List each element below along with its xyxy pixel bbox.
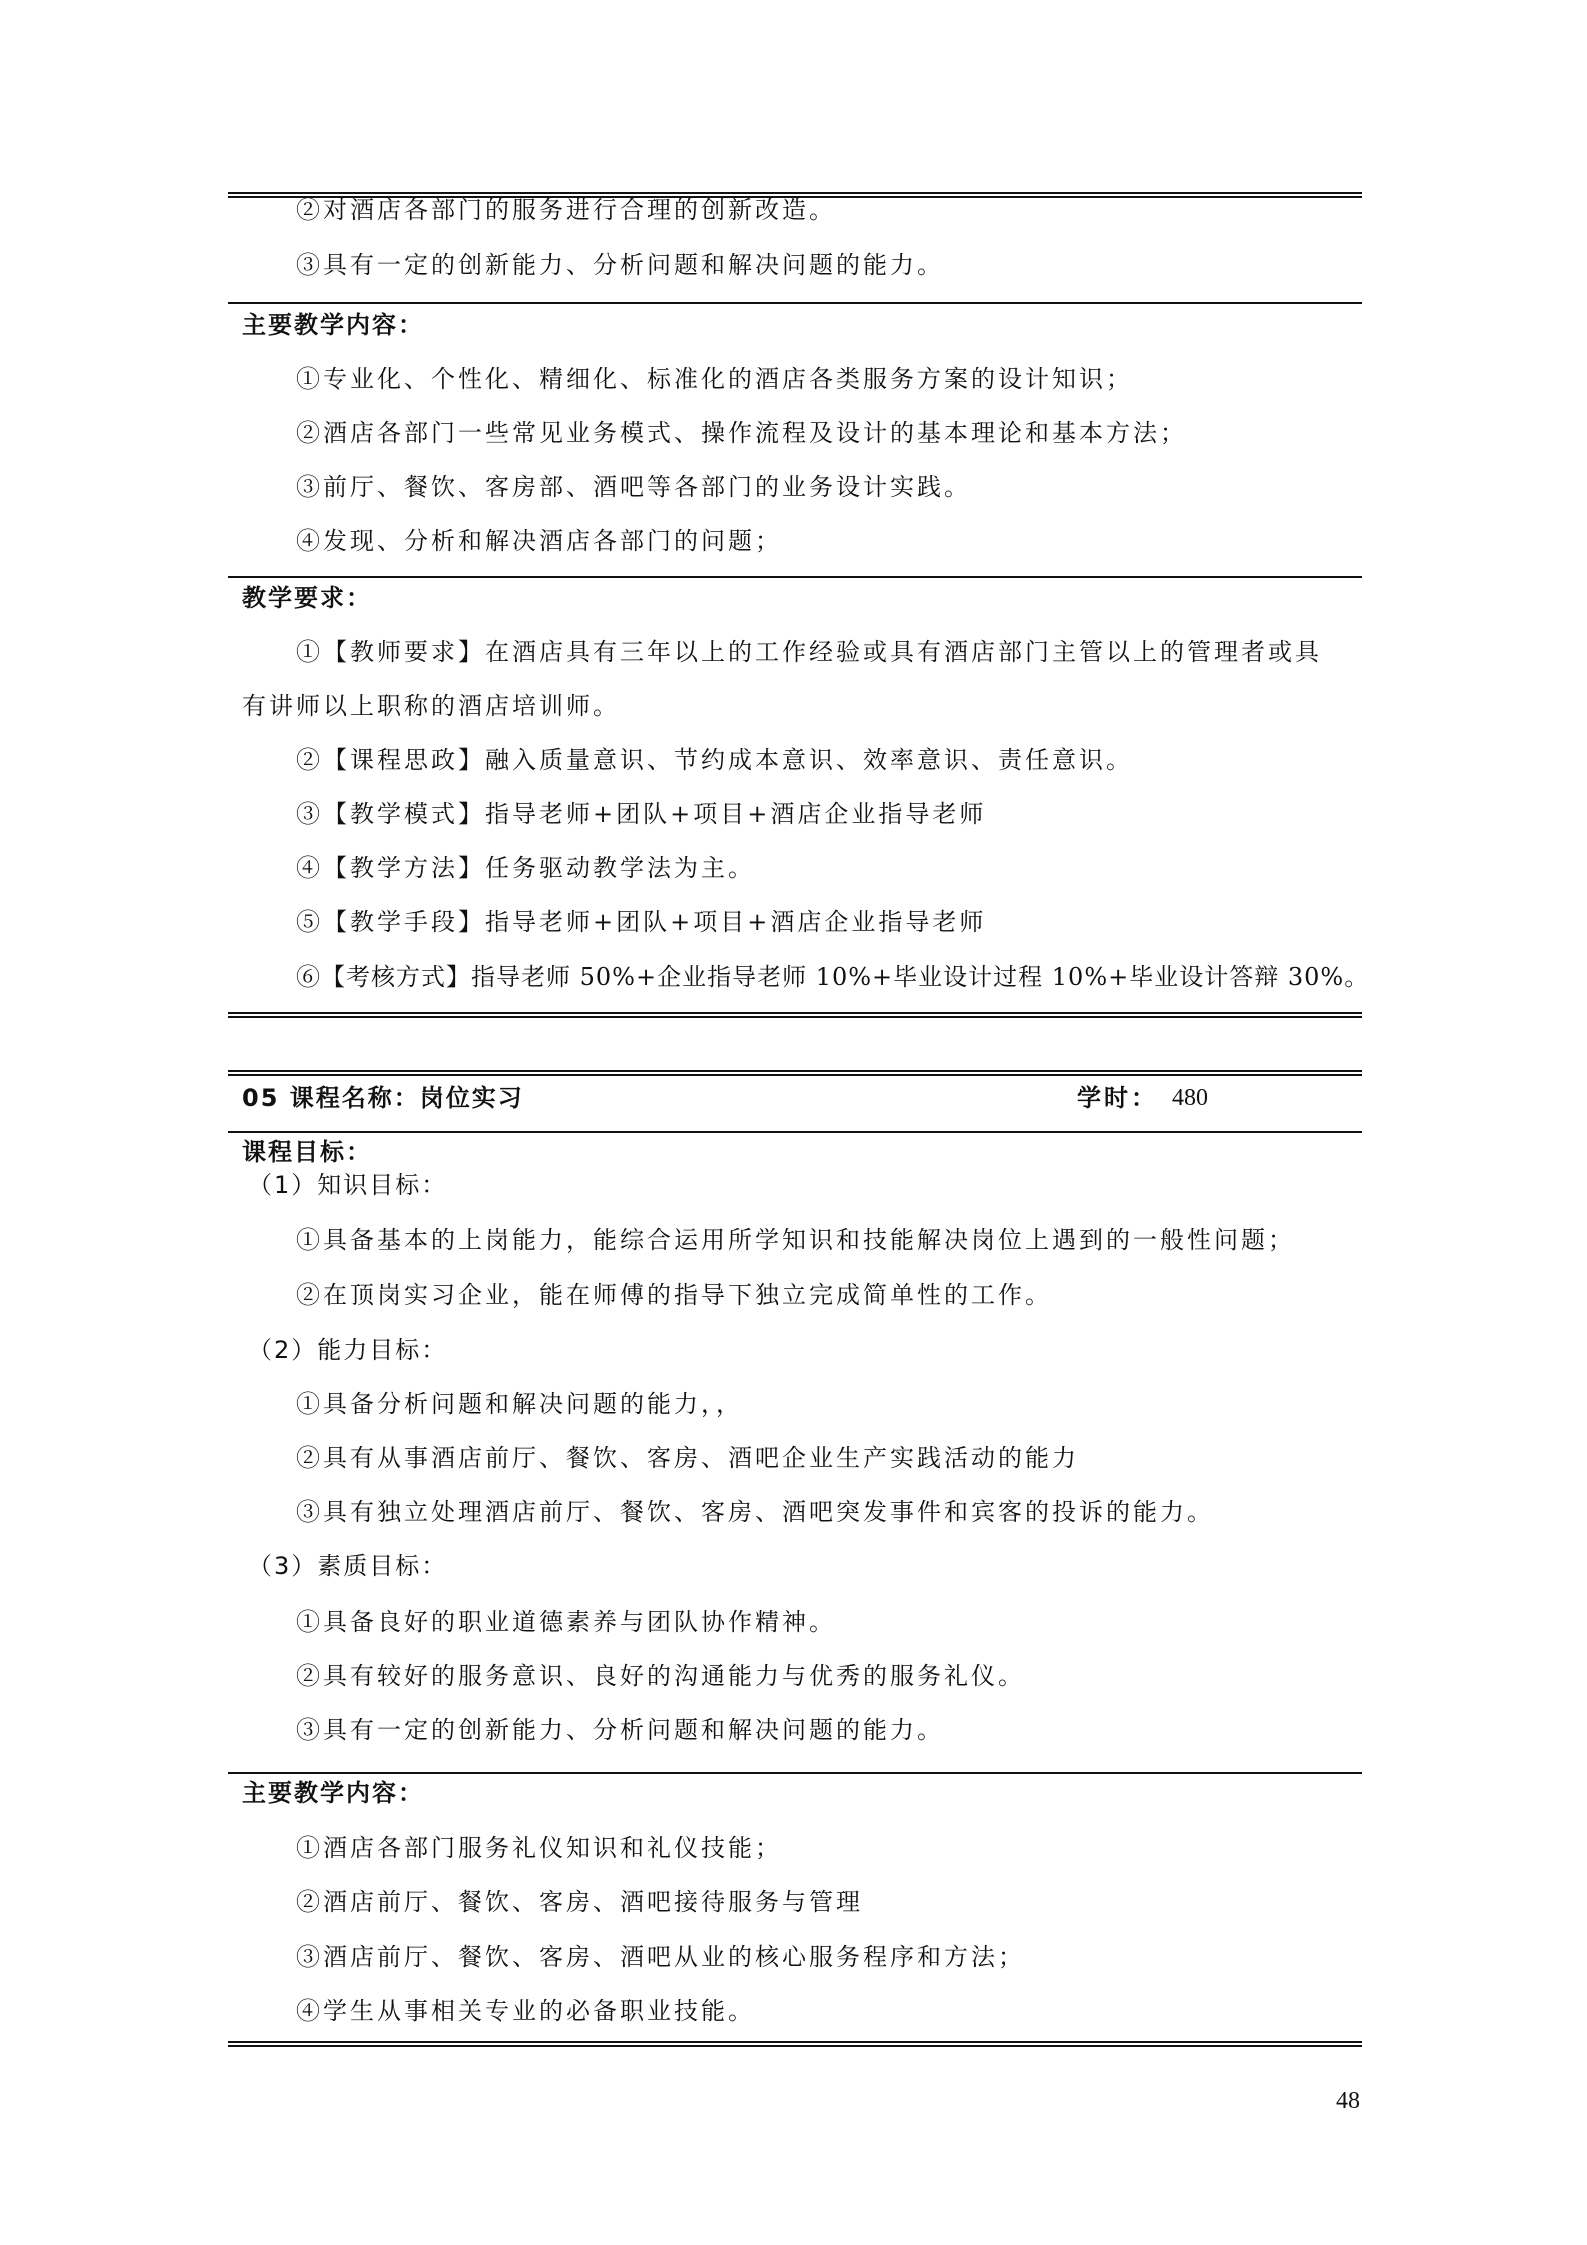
ability-item: ③具有独立处理酒店前厅、餐饮、客房、酒吧突发事件和宾客的投诉的能力。 [296, 1497, 1214, 1527]
content-heading: 主要教学内容： [242, 310, 424, 340]
ability-heading: （2）能力目标： [248, 1335, 447, 1365]
content-item: ③前厅、餐饮、客房部、酒吧等各部门的业务设计实践。 [296, 472, 971, 502]
requirement-item: ③【教学模式】指导老师+团队+项目+酒店企业指导老师 [296, 799, 986, 829]
page-number: 48 [1336, 2088, 1360, 2115]
content-item: ②酒店前厅、餐饮、客房、酒吧接待服务与管理 [296, 1887, 863, 1917]
course-name: 05 课程名称：岗位实习 [242, 1083, 524, 1113]
quality-heading: （3）素质目标： [248, 1551, 447, 1581]
knowledge-heading: （1）知识目标： [248, 1170, 447, 1200]
content-item: ②酒店各部门一些常见业务模式、操作流程及设计的基本理论和基本方法； [296, 418, 1187, 448]
requirement-item: ④【教学方法】任务驱动教学法为主。 [296, 853, 755, 883]
objective-item: ③具有一定的创新能力、分析问题和解决问题的能力。 [296, 250, 944, 280]
quality-item: ③具有一定的创新能力、分析问题和解决问题的能力。 [296, 1715, 944, 1745]
requirement-item: ⑥【考核方式】指导老师 50%+企业指导老师 10%+毕业设计过程 10%+毕业… [296, 962, 1369, 992]
content-heading: 主要教学内容： [242, 1778, 424, 1808]
table-bottom-border [228, 2041, 1362, 2047]
table-bottom-border [228, 1012, 1362, 1018]
requirements-heading: 教学要求： [242, 583, 372, 613]
objective-item: ②对酒店各部门的服务进行合理的创新改造。 [296, 195, 836, 225]
requirement-item: ⑤【教学手段】指导老师+团队+项目+酒店企业指导老师 [296, 907, 986, 937]
content-item: ③酒店前厅、餐饮、客房、酒吧从业的核心服务程序和方法； [296, 1942, 1025, 1972]
quality-item: ①具备良好的职业道德素养与团队协作精神。 [296, 1607, 836, 1637]
quality-item: ②具有较好的服务意识、良好的沟通能力与优秀的服务礼仪。 [296, 1661, 1025, 1691]
content-item: ①酒店各部门服务礼仪知识和礼仪技能； [296, 1833, 782, 1863]
knowledge-item: ①具备基本的上岗能力，能综合运用所学知识和技能解决岗位上遇到的一般性问题； [296, 1225, 1295, 1255]
requirement-item-continuation: 有讲师以上职称的酒店培训师。 [242, 691, 620, 721]
content-item: ④学生从事相关专业的必备职业技能。 [296, 1996, 755, 2026]
knowledge-item: ②在顶岗实习企业，能在师傅的指导下独立完成简单性的工作。 [296, 1280, 1052, 1310]
section-divider [228, 1131, 1362, 1133]
content-item: ④发现、分析和解决酒店各部门的问题； [296, 526, 782, 556]
hours-label: 学时： [1077, 1083, 1158, 1113]
table-top-border [228, 1070, 1362, 1076]
section-divider [228, 1772, 1362, 1774]
requirement-item: ②【课程思政】融入质量意识、节约成本意识、效率意识、责任意识。 [296, 745, 1133, 775]
content-item: ①专业化、个性化、精细化、标准化的酒店各类服务方案的设计知识； [296, 364, 1133, 394]
ability-item: ①具备分析问题和解决问题的能力，， [296, 1389, 743, 1419]
hours-value: 480 [1172, 1083, 1208, 1113]
section-divider [228, 302, 1362, 304]
objectives-heading: 课程目标： [242, 1137, 372, 1167]
section-divider [228, 576, 1362, 578]
requirement-item: ①【教师要求】在酒店具有三年以上的工作经验或具有酒店部门主管以上的管理者或具 [296, 637, 1322, 667]
ability-item: ②具有从事酒店前厅、餐饮、客房、酒吧企业生产实践活动的能力 [296, 1443, 1079, 1473]
